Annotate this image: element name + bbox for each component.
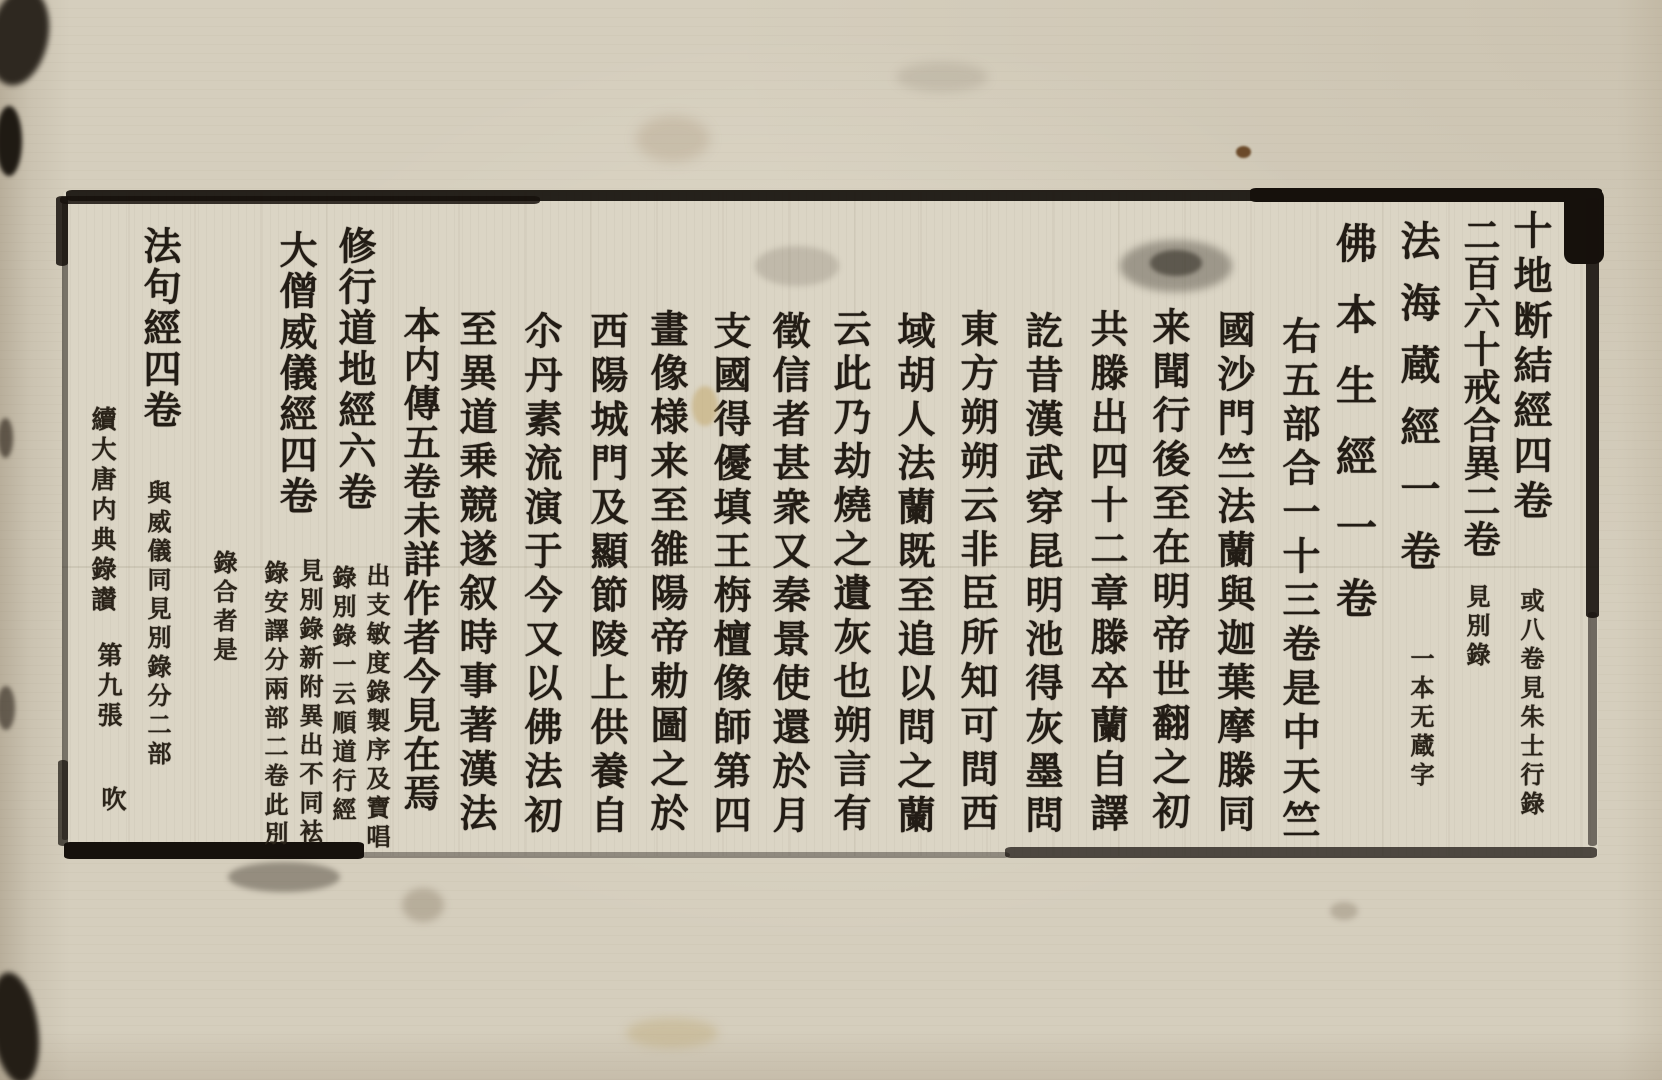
stain-top-center [636, 116, 710, 162]
entry-note-21b: 錄安譯分兩部二卷此別 [262, 560, 292, 850]
body-column-13: 徵信者甚衆又秦景使還於月 [764, 311, 816, 839]
speck-brown [1236, 146, 1251, 158]
edge-running-title: 續大唐内典錄讃 [90, 406, 120, 616]
entry-column-20: 修行道地經六卷 [330, 226, 382, 513]
entry-note-21a: 見別錄新附異出不同袪 [297, 558, 327, 848]
entry-column-1: 十地断結經四卷 [1506, 210, 1558, 525]
body-column-11: 域胡人法蘭既至追以問之蘭 [889, 311, 941, 839]
entry-note-20a: 出支敏度錄製序及寶唱 [364, 563, 394, 853]
entry-column-4: 佛本生經一卷 [1331, 222, 1383, 648]
body-column-15: 畫像様来至雒陽帝勅圖之於 [642, 309, 694, 837]
entry-note-22: 與威儀同見別錄分二部 [145, 480, 175, 770]
body-column-10: 東方朔朔云非臣所知可問西 [952, 309, 1004, 837]
stain-right-lower [1330, 902, 1358, 920]
entry-column-21: 大僧威儀經四卷 [271, 230, 323, 517]
entry-column-3: 法海蔵經一卷 [1394, 220, 1446, 592]
entry-column-22: 法句經四卷 [135, 226, 187, 431]
body-column-5: 右五部合一十三卷是中天竺 [1274, 316, 1326, 844]
entry-note-20b: 錄別錄一云順道行經 [330, 565, 360, 826]
block-border-left-blob-bottom [58, 760, 68, 846]
body-column-9: 訖昔漢武穿昆明池得灰墨問 [1017, 311, 1069, 839]
edge-sheet-number: 第九張 [96, 642, 126, 732]
body-column-17: 尒丹素流演于今又以佛法初 [516, 311, 568, 839]
scanned-manuscript-photo: { "document": { "type": "woodblock-print… [0, 0, 1662, 1080]
entry-column-2: 二百六十戒合異二卷 [1454, 216, 1506, 558]
stain-bottom-yellow [626, 1018, 718, 1048]
body-column-19: 本内傳五卷未詳作者今見在焉 [394, 306, 446, 813]
ink-ghost-marks [755, 246, 839, 286]
body-column-8: 共滕出四十二章滕卒蘭自譯 [1082, 309, 1134, 837]
block-border-top-thick [1250, 188, 1602, 202]
entry-note-1: 或八卷見朱士行錄 [1518, 588, 1548, 820]
ink-smudge-top-right-core [1150, 250, 1202, 276]
body-column-7: 来聞行後至在明帝世翻之初 [1144, 307, 1196, 835]
body-column-16: 西陽城門及顯節陵上供養自 [582, 311, 634, 839]
block-border-left [62, 202, 68, 840]
body-column-12: 云此乃劫燒之遺灰也朔言有 [825, 309, 877, 837]
entry-note-21c: 錄合者是 [211, 550, 241, 666]
block-border-bottom-mid [360, 852, 1010, 858]
body-column-18: 至異道乗競遂叙時事著漢法 [451, 309, 503, 837]
ink-smear-bottom-left [228, 862, 340, 892]
entry-note-2: 見別錄 [1464, 584, 1494, 671]
block-border-right [1586, 198, 1599, 618]
block-border-bottom-right [1005, 847, 1597, 858]
stain-below-block [402, 888, 444, 922]
block-border-left-blob-top [56, 196, 68, 266]
block-border-top-left [60, 196, 540, 204]
block-border-right-lower [1588, 612, 1597, 846]
faint-smudge-top [896, 62, 988, 92]
fiber-stain-yellow [692, 386, 718, 426]
edge-collation-mark: 吹 [100, 786, 130, 816]
entry-note-3: 一本无蔵字 [1408, 646, 1438, 791]
body-column-6: 國沙門竺法蘭與迦葉摩滕同 [1209, 310, 1261, 838]
